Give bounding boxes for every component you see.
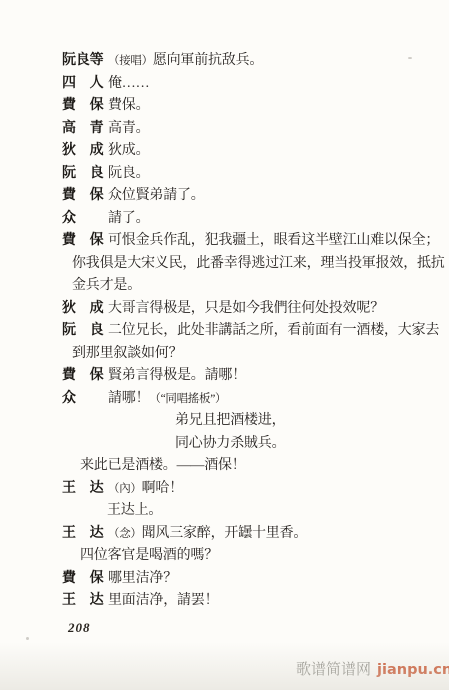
line-text: 請哪！（“同唱搖板”） xyxy=(108,388,226,411)
role-name: 狄 成 xyxy=(62,140,108,163)
role-name: 費 保 xyxy=(62,365,108,388)
watermark-site-url[interactable]: jianpu.cn xyxy=(377,662,449,678)
line-text: 王达上。 xyxy=(107,500,162,523)
script-line: 狄 成狄成。 xyxy=(62,140,444,163)
script-line: 費 保哪里洁净？ xyxy=(62,568,444,591)
script-line: 众請哪！（“同唱搖板”） xyxy=(62,388,444,411)
role-name: 众 xyxy=(62,208,108,231)
line-text: 狄成。 xyxy=(108,140,149,163)
script-line: 王达上。 xyxy=(107,500,444,523)
role-name: 王 达 xyxy=(62,590,108,613)
role-name: 王 达 xyxy=(62,523,108,546)
watermark: 歌谱简谱网jianpu.cn xyxy=(296,658,449,679)
text-segment: 賢弟言得极是。請哪！ xyxy=(108,368,246,383)
stage-note: （“同唱搖板”） xyxy=(149,393,226,405)
script-line: 王 达（念）聞风三家醉，开罎十里香。 xyxy=(62,523,444,546)
text-segment: 四位客官是喝酒的嗎？ xyxy=(80,548,218,563)
line-text: 二位兄长，此处非講話之所，看前面有一酒楼，大家去 xyxy=(108,320,439,343)
line-text: 四位客官是喝酒的嗎？ xyxy=(80,545,218,568)
text-segment: 大哥言得极是，只是如今我們往何处投效呢？ xyxy=(108,301,384,316)
script-line: 你我俱是大宋义民，此番幸得逃过江来，理当投軍报效，抵抗 xyxy=(72,253,444,276)
script-line: 狄 成大哥言得极是，只是如今我們往何处投效呢？ xyxy=(62,298,444,321)
watermark-site-name: 歌谱简谱网 xyxy=(296,662,371,678)
text-segment: 阮良。 xyxy=(108,166,149,181)
text-segment: 王达上。 xyxy=(107,503,162,518)
role-name: 阮 良 xyxy=(62,320,108,343)
stage-note: （內） xyxy=(108,483,142,495)
text-segment: 俺…… xyxy=(108,76,149,91)
line-text: 賢弟言得极是。請哪！ xyxy=(108,365,246,388)
page-number: 208 xyxy=(68,620,91,636)
text-segment: 愿向軍前抗敌兵。 xyxy=(153,53,263,68)
script-line: 阮 良二位兄长，此处非講話之所，看前面有一酒楼，大家去 xyxy=(62,320,444,343)
text-segment: 同心协力杀賊兵。 xyxy=(175,436,285,451)
text-segment: 啊哈！ xyxy=(142,481,183,496)
text-segment: 金兵才是。 xyxy=(72,278,141,293)
text-segment: 聞风三家醉，开罎十里香。 xyxy=(142,526,308,541)
script-line: 費 保众位賢弟請了。 xyxy=(62,185,444,208)
role-name: 四 人 xyxy=(62,73,108,96)
line-text: 阮良。 xyxy=(108,163,149,186)
role-name: 費 保 xyxy=(62,185,108,208)
script-line: 四 人俺…… xyxy=(62,73,444,96)
text-segment: 里面洁净，請罢！ xyxy=(108,593,218,608)
script-line: 阮良等（接唱）愿向軍前抗敌兵。 xyxy=(62,50,444,73)
text-segment: 費保。 xyxy=(108,98,149,113)
line-text: 大哥言得极是，只是如今我們往何处投效呢？ xyxy=(108,298,384,321)
stage-note: （接唱） xyxy=(108,55,153,67)
line-text: 金兵才是。 xyxy=(72,275,141,298)
script-line: 到那里叙談如何？ xyxy=(72,343,444,366)
text-segment: 高青。 xyxy=(108,121,149,136)
script-line: 費 保可恨金兵作乱，犯我疆土，眼看这半壁江山难以保全； xyxy=(62,230,444,253)
line-text: （接唱）愿向軍前抗敌兵。 xyxy=(108,50,263,73)
script-text-block: 阮良等（接唱）愿向軍前抗敌兵。四 人俺……費 保費保。高 青高青。狄 成狄成。阮… xyxy=(62,50,444,613)
role-name: 阮 良 xyxy=(62,163,108,186)
text-segment: 狄成。 xyxy=(108,143,149,158)
script-line: 阮 良阮良。 xyxy=(62,163,444,186)
text-segment: 弟兄且把酒楼进， xyxy=(175,413,285,428)
line-text: 到那里叙談如何？ xyxy=(72,343,182,366)
script-line: 費 保費保。 xyxy=(62,95,444,118)
line-text: 哪里洁净？ xyxy=(108,568,177,591)
text-segment: 哪里洁净？ xyxy=(108,571,177,586)
role-name: 高 青 xyxy=(62,118,108,141)
role-name: 众 xyxy=(62,388,108,411)
role-name: 阮良等 xyxy=(62,50,108,73)
script-line: 高 青高青。 xyxy=(62,118,444,141)
line-text: 可恨金兵作乱，犯我疆土，眼看这半壁江山难以保全； xyxy=(108,230,439,253)
stage-note: （念） xyxy=(108,528,142,540)
line-text: 高青。 xyxy=(108,118,149,141)
script-line: 来此已是酒楼。——酒保！ xyxy=(80,455,444,478)
line-text: 你我俱是大宋义民，此番幸得逃过江来，理当投軍报效，抵抗 xyxy=(72,253,445,276)
text-segment: 可恨金兵作乱，犯我疆土，眼看这半壁江山难以保全； xyxy=(108,233,439,248)
text-segment: 請哪！ xyxy=(108,391,149,406)
line-text: （內）啊哈！ xyxy=(108,478,183,501)
text-segment: 二位兄长，此处非講話之所，看前面有一酒楼，大家去 xyxy=(108,323,439,338)
role-name: 費 保 xyxy=(62,568,108,591)
text-segment: 你我俱是大宋义民，此番幸得逃过江来，理当投軍报效，抵抗 xyxy=(72,256,445,271)
text-segment: 来此已是酒楼。——酒保！ xyxy=(80,458,246,473)
line-text: 俺…… xyxy=(108,73,149,96)
script-line: 王 达（內）啊哈！ xyxy=(62,478,444,501)
line-text: 来此已是酒楼。——酒保！ xyxy=(80,455,246,478)
line-text: 請了。 xyxy=(108,208,149,231)
line-text: 弟兄且把酒楼进， xyxy=(175,410,285,433)
line-text: 費保。 xyxy=(108,95,149,118)
text-segment: 請了。 xyxy=(108,211,149,226)
line-text: 同心协力杀賊兵。 xyxy=(175,433,285,456)
role-name: 費 保 xyxy=(62,95,108,118)
script-line: 弟兄且把酒楼进， xyxy=(175,410,444,433)
text-segment: 到那里叙談如何？ xyxy=(72,346,182,361)
role-name: 狄 成 xyxy=(62,298,108,321)
script-line: 四位客官是喝酒的嗎？ xyxy=(80,545,444,568)
script-line: 金兵才是。 xyxy=(72,275,444,298)
line-text: （念）聞风三家醉，开罎十里香。 xyxy=(108,523,307,546)
script-line: 費 保賢弟言得极是。請哪！ xyxy=(62,365,444,388)
role-name: 王 达 xyxy=(62,478,108,501)
script-line: 众請了。 xyxy=(62,208,444,231)
script-line: 同心协力杀賊兵。 xyxy=(175,433,444,456)
text-segment: 众位賢弟請了。 xyxy=(108,188,205,203)
role-name: 費 保 xyxy=(62,230,108,253)
scan-speck xyxy=(26,637,29,640)
line-text: 众位賢弟請了。 xyxy=(108,185,205,208)
script-line: 王 达里面洁净，請罢！ xyxy=(62,590,444,613)
line-text: 里面洁净，請罢！ xyxy=(108,590,218,613)
